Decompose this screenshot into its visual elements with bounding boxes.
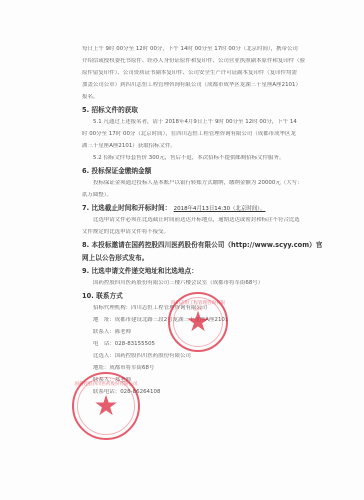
document-page: 每日上午 9时 00分至 12时 00分，下午 14时 00分至 17时 00分… (0, 0, 364, 500)
section-heading-7-label: 7. 比选截止时间和开标时间： (82, 204, 171, 212)
section-heading-5: 5. 招标文件的获取 (82, 106, 322, 119)
paragraph-line: 国药控股四川医药股份有限公司三楼六楼会议室（成都市将军街68号） (82, 280, 322, 292)
intro-line: 加盖公司公章）到四川志恒工程管理咨询有限公司（成都市成华区龙湖三千星座A座210… (82, 82, 322, 94)
paragraph-line: 比选申请文件必须在比选截止时间前送达开标地点，逾期送达或密封和标注不符合比选 (82, 217, 322, 229)
paragraph-line: 时 00分至 17时 00分（北京时间），在四川志恒工程管理咨询有限公司（成都市… (82, 131, 322, 143)
paragraph-line: 5.1 凡通过上述报名者，请于 2018年4月9日上午 9时 00分至 12时 … (82, 119, 322, 131)
contact-agency-address: 地 址：成都市建设北路三段2号龙湖三千星座A座2101 (82, 317, 322, 329)
paragraph-line: 湖三千星座A座2101）获取招标文件。 (82, 143, 322, 155)
document-body: 每日上午 9时 00分至 12时 00分，下午 14时 00分至 17时 00分… (82, 46, 322, 401)
section-heading-10: 10. 联系方式 (82, 292, 322, 305)
deadline-value: 2018年4月13日14:30（北京时间）。 (174, 206, 266, 212)
paragraph-line: 文件规定的比选申请文件将不接受。 (82, 229, 322, 241)
contact-issuer-person: 联系人：郑老师 (82, 377, 322, 389)
intro-line: 原件留复印件）、公司资质证书副本复印件、公司安全生产许可证副本复印件（复印件均需 (82, 70, 322, 82)
paragraph-line: 贰万圆整）。 (82, 192, 322, 204)
intro-line: 报名。 (82, 94, 322, 106)
contact-agency-phone: 电 话：028-83155505 (82, 341, 322, 353)
contact-issuer-phone: 联系电话：028-86264108 (82, 389, 322, 401)
contact-issuer-address: 地址：成都市将军街68号 (82, 365, 322, 377)
paragraph-line: 网上以公告形式发布。 (82, 254, 322, 267)
paragraph-line: 投标保证金须通过投标人基本账户以银行转账方式缴纳，缴纳金额为 20000元（大写… (82, 180, 322, 192)
intro-line: 介绍信或授权委托书原件、经办人身份证原件和复印件、公司营业执照副本原件和复印件（… (82, 58, 322, 70)
section-heading-8: 8. 本投标邀请在国药控股四川医药股份有限公司（http://www.scyy.… (82, 241, 322, 254)
intro-line: 每日上午 9时 00分至 12时 00分，下午 14时 00分至 17时 00分… (82, 46, 322, 58)
section-heading-9: 9. 比选申请文件递交地址和比选地点： (82, 267, 322, 280)
contact-agency-person: 联系人：陈老师 (82, 329, 322, 341)
section-heading-6: 6. 投标保证金缴纳金额 (82, 167, 322, 180)
section-heading-7: 7. 比选截止时间和开标时间： 2018年4月13日14:30（北京时间）。 (82, 204, 322, 217)
paragraph-line: 5.2 招标文件每套售价 300元，售后不退，本次招标不提供邮购招标文件服务。 (82, 155, 322, 167)
contact-agency: 招标代理机构：四川志恒工程管理咨询有限公司 (82, 305, 322, 317)
contact-issuer: 比选人：国药控股四川医药股份有限公司 (82, 353, 322, 365)
